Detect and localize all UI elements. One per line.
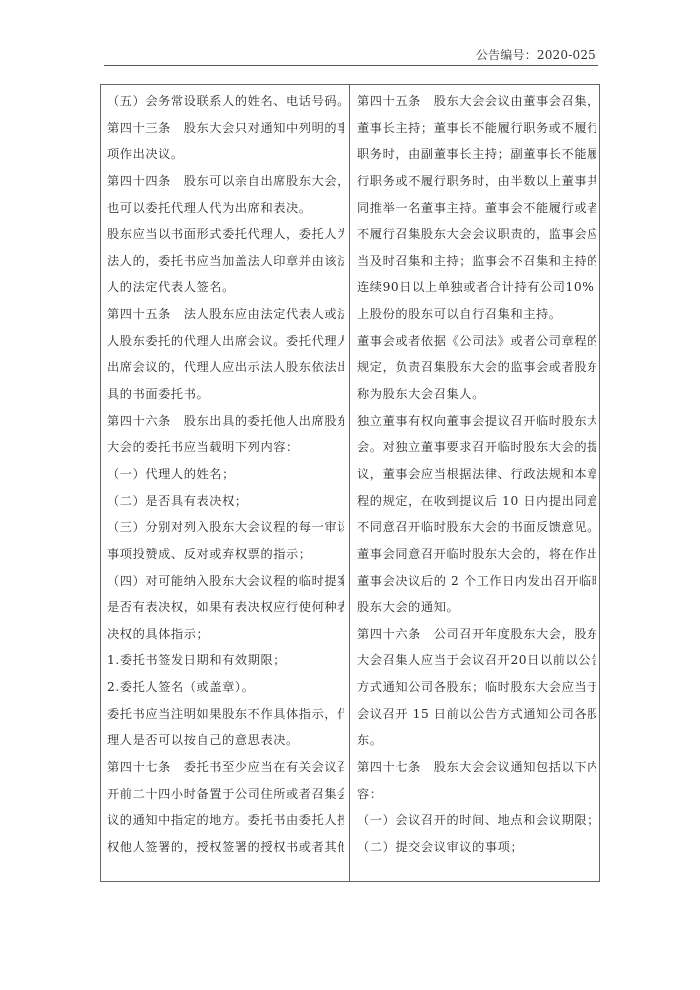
text-line: 决权的具体指示； [107, 621, 344, 648]
text-line: 行职务或不履行职务时，由半数以上董事共 [357, 168, 596, 195]
text-line: （二）提交会议审议的事项； [357, 834, 596, 861]
text-line: 同推举一名董事主持。董事会不能履行或者 [357, 195, 596, 222]
header-divider [104, 65, 598, 66]
text-line: 人的法定代表人签名。 [107, 274, 344, 301]
announcement-number: 公告编号：2020-025 [476, 46, 596, 63]
text-line: （二）是否具有表决权； [107, 488, 344, 515]
text-line: 不同意召开临时股东大会的书面反馈意见。 [357, 514, 596, 541]
text-line: 独立董事有权向董事会提议召开临时股东大 [357, 408, 596, 435]
text-line: 连续90日以上单独或者合计持有公司10%以 [357, 274, 596, 301]
text-line: 具的书面委托书。 [107, 381, 344, 408]
text-line: （三）分别对列入股东大会议程的每一审议 [107, 514, 344, 541]
text-line: 第四十四条 股东可以亲自出席股东大会， [107, 168, 344, 195]
text-line: 是否有表决权，如果有表决权应行使何种表 [107, 594, 344, 621]
text-line: （一）代理人的姓名； [107, 461, 344, 488]
text-line: 股东大会的通知。 [357, 594, 596, 621]
left-column: （五）会务常设联系人的姓名、电话号码。第四十三条 股东大会只对通知中列明的事项作… [101, 85, 350, 881]
text-line: 程的规定，在收到提议后 10 日内提出同意或 [357, 488, 596, 515]
text-line: 2.委托人签名（或盖章）。 [107, 674, 344, 701]
text-line: 当及时召集和主持；监事会不召集和主持的， [357, 248, 596, 275]
text-line: （四）对可能纳入股东大会议程的临时提案 [107, 568, 344, 595]
text-line: 第四十六条 股东出具的委托他人出席股东 [107, 408, 344, 435]
text-line: 第四十五条 股东大会会议由董事会召集， [357, 88, 596, 115]
text-line: 也可以委托代理人代为出席和表决。 [107, 195, 344, 222]
right-column: 第四十五条 股东大会会议由董事会召集，董事长主持；董事长不能履行职务或不履行职务… [350, 85, 601, 881]
text-line: 法人的，委托书应当加盖法人印章并由该法 [107, 248, 344, 275]
text-line: 会。对独立董事要求召开临时股东大会的提 [357, 434, 596, 461]
text-line: 大会的委托书应当载明下列内容： [107, 434, 344, 461]
text-line: 议，董事会应当根据法律、行政法规和本章 [357, 461, 596, 488]
text-line: 出席会议的，代理人应出示法人股东依法出 [107, 354, 344, 381]
text-line: 项作出决议。 [107, 141, 344, 168]
text-line: 不履行召集股东大会会议职责的，监事会应 [357, 221, 596, 248]
text-line: 第四十六条 公司召开年度股东大会，股东 [357, 621, 596, 648]
text-line: 上股份的股东可以自行召集和主持。 [357, 301, 596, 328]
text-line: 第四十五条 法人股东应由法定代表人或法 [107, 301, 344, 328]
text-line: 委托书应当注明如果股东不作具体指示，代 [107, 701, 344, 728]
comparison-table: （五）会务常设联系人的姓名、电话号码。第四十三条 股东大会只对通知中列明的事项作… [100, 84, 600, 882]
text-line: 称为股东大会召集人。 [357, 381, 596, 408]
text-line: 股东应当以书面形式委托代理人，委托人为 [107, 221, 344, 248]
text-line: （五）会务常设联系人的姓名、电话号码。 [107, 88, 344, 115]
text-line: 董事会决议后的 2 个工作日内发出召开临时 [357, 568, 596, 595]
text-line: 规定，负责召集股东大会的监事会或者股东 [357, 354, 596, 381]
text-line: 理人是否可以按自己的意思表决。 [107, 727, 344, 754]
text-line: 权他人签署的，授权签署的授权书或者其他 [107, 834, 344, 861]
text-line: 职务时，由副董事长主持；副董事长不能履 [357, 141, 596, 168]
text-line: 议的通知中指定的地方。委托书由委托人授 [107, 807, 344, 834]
text-line: 第四十三条 股东大会只对通知中列明的事 [107, 115, 344, 142]
text-line: 方式通知公司各股东；临时股东大会应当于 [357, 674, 596, 701]
text-line: 人股东委托的代理人出席会议。委托代理人 [107, 328, 344, 355]
text-line: （一）会议召开的时间、地点和会议期限； [357, 807, 596, 834]
text-line: 会议召开 15 日前以公告方式通知公司各股 [357, 701, 596, 728]
text-line: 事项投赞成、反对或弃权票的指示； [107, 541, 344, 568]
text-line: 第四十七条 委托书至少应当在有关会议召 [107, 754, 344, 781]
text-line: 容： [357, 781, 596, 808]
text-line: 1.委托书签发日期和有效期限； [107, 647, 344, 674]
text-line: 董事会同意召开临时股东大会的，将在作出 [357, 541, 596, 568]
text-line: 董事长主持；董事长不能履行职务或不履行 [357, 115, 596, 142]
text-line: 开前二十四小时备置于公司住所或者召集会 [107, 781, 344, 808]
text-line: 董事会或者依据《公司法》或者公司章程的 [357, 328, 596, 355]
text-line: 第四十七条 股东大会会议通知包括以下内 [357, 754, 596, 781]
text-line: 大会召集人应当于会议召开20日以前以公告 [357, 647, 596, 674]
text-line: 东。 [357, 727, 596, 754]
